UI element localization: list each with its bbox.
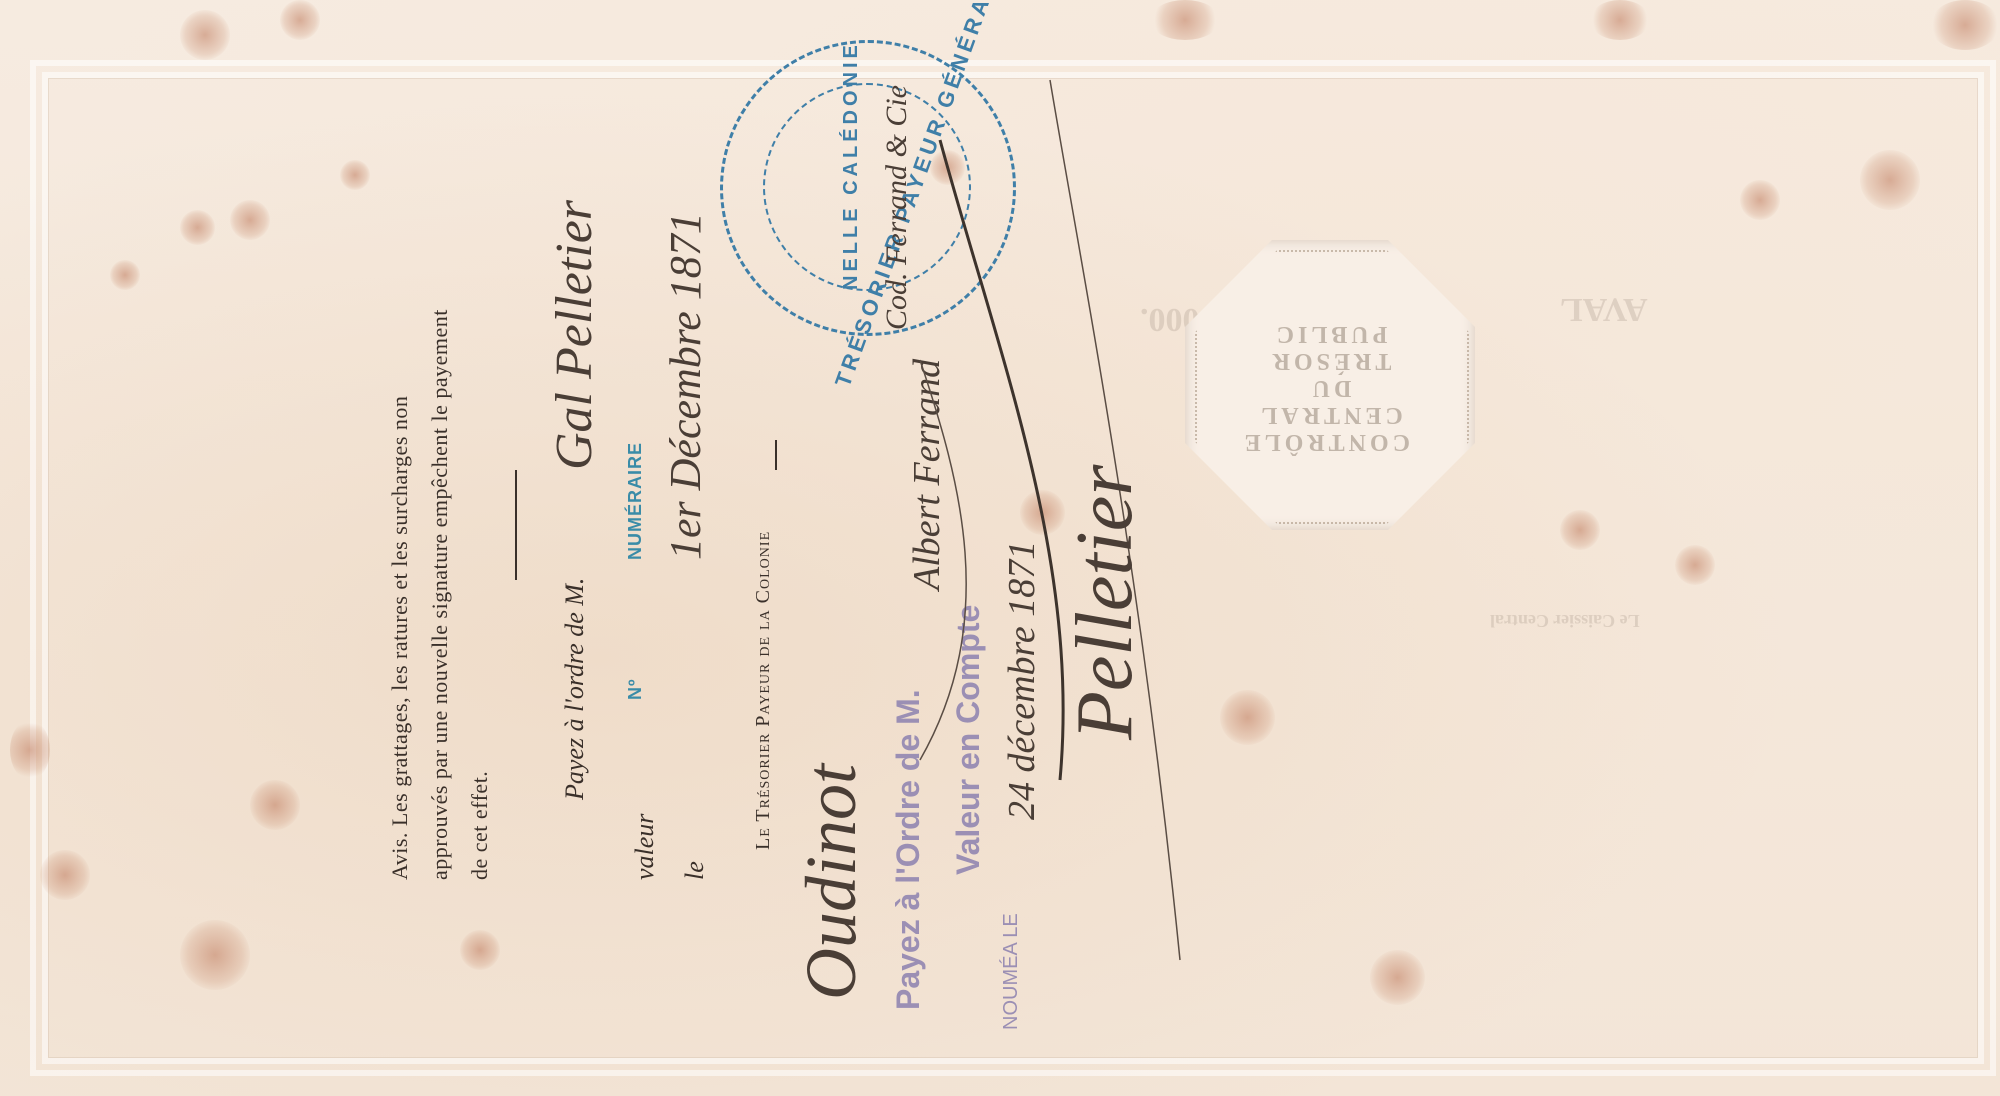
ghost-caissier: Le Caissier Central bbox=[1490, 610, 1640, 631]
foxing-spot bbox=[1675, 545, 1715, 585]
treasurer-label: Le Trésorier Payeur de la Colonie bbox=[752, 531, 775, 850]
date-handwriting: 1er Décembre 1871 bbox=[660, 212, 711, 560]
payez-label: Payez à l'ordre de M. bbox=[560, 578, 590, 800]
foxing-spot bbox=[280, 0, 320, 40]
foxing-spot bbox=[1860, 150, 1920, 210]
foxing-spot bbox=[1740, 180, 1780, 220]
foxing-spot bbox=[340, 160, 370, 190]
payee-handwriting: Gal Pelletier bbox=[545, 200, 604, 470]
foxing-spot bbox=[1560, 510, 1600, 550]
foxing-spot bbox=[180, 920, 250, 990]
stamp-mark: Nº bbox=[625, 678, 646, 700]
foxing-spot bbox=[1370, 950, 1425, 1005]
avis-notice: Avis. Les grattages, les ratures et les … bbox=[380, 309, 500, 880]
foxing-spot bbox=[40, 850, 90, 900]
foxing-spot bbox=[1930, 0, 2000, 50]
foxing-spot bbox=[180, 210, 215, 245]
embossed-seal-text: CONTRÔLE CENTRAL DU TRÉSOR PUBLIC bbox=[1250, 320, 1410, 455]
valeur-label: valeur bbox=[630, 814, 660, 880]
foxing-spot bbox=[230, 200, 270, 240]
separator-rule bbox=[515, 470, 517, 580]
foxing-spot bbox=[1150, 0, 1220, 40]
avis-line-3: de cet effet. bbox=[460, 309, 500, 880]
second-signature: Pelletier bbox=[1060, 465, 1151, 740]
numeraire-stamp: NUMÉRAIRE bbox=[625, 442, 646, 560]
foxing-spot bbox=[460, 930, 500, 970]
stamp-inner-text: NELLE CALÉDONIE bbox=[840, 41, 863, 290]
avis-line-1: Avis. Les grattages, les ratures et les … bbox=[380, 309, 420, 880]
foxing-spot bbox=[1220, 690, 1275, 745]
foxing-spot bbox=[250, 780, 300, 830]
le-label: le bbox=[680, 861, 710, 880]
separator-rule bbox=[775, 440, 777, 470]
avis-line-2: approuvés par une nouvelle signature emp… bbox=[420, 309, 460, 880]
ghost-aval: AVAL bbox=[1560, 290, 1648, 328]
foxing-spot bbox=[110, 260, 140, 290]
signature-flourish bbox=[880, 60, 1200, 1020]
foxing-spot bbox=[180, 10, 230, 60]
treasurer-signature: Oudinot bbox=[790, 764, 873, 1000]
foxing-spot bbox=[10, 720, 50, 780]
foxing-spot bbox=[1590, 0, 1650, 40]
